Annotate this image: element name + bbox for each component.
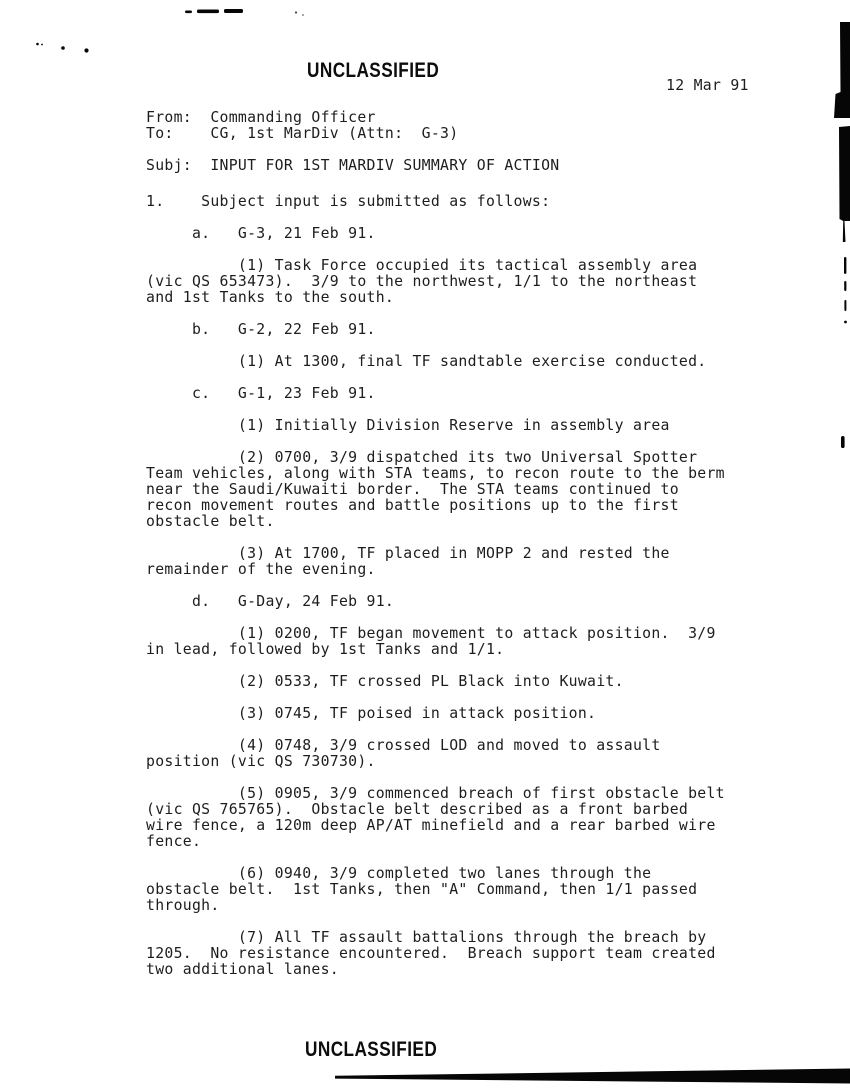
memo-line: (4) 0748, 3/9 crossed LOD and moved to a… (146, 738, 725, 754)
scan-streak-right-dot (844, 321, 847, 324)
memo-paragraph: (6) 0940, 3/9 completed two lanes throug… (146, 866, 725, 914)
memo-line: c. G-1, 23 Feb 91. (146, 386, 725, 402)
memo-line: Subj: INPUT FOR 1ST MARDIV SUMMARY OF AC… (146, 158, 725, 174)
scan-speck-4 (84, 48, 88, 52)
memo-line: (1) Task Force occupied its tactical ass… (146, 258, 725, 274)
memo-paragraph: b. G-2, 22 Feb 91. (146, 322, 725, 338)
scan-streak-right-dash-1 (844, 257, 846, 274)
classification-footer: UNCLASSIFIED (305, 1039, 437, 1060)
scan-mark-top-dot-1 (295, 11, 297, 13)
memo-paragraph: 1. Subject input is submitted as follows… (146, 194, 725, 210)
memo-line: in lead, followed by 1st Tanks and 1/1. (146, 642, 725, 658)
memo-line: obstacle belt. 1st Tanks, then "A" Comma… (146, 882, 725, 898)
memo-line: wire fence, a 120m deep AP/AT minefield … (146, 818, 725, 834)
scan-mark-top-dash-1 (185, 11, 192, 14)
scan-speck-2 (41, 44, 43, 46)
memo-line: (2) 0533, TF crossed PL Black into Kuwai… (146, 674, 725, 690)
classification-header: UNCLASSIFIED (307, 60, 439, 81)
memo-line: (vic QS 765765). Obstacle belt described… (146, 802, 725, 818)
scan-streak-right-2 (839, 126, 850, 242)
memo-paragraph: (2) 0533, TF crossed PL Black into Kuwai… (146, 674, 725, 690)
document-date: 12 Mar 91 (666, 78, 749, 94)
memo-line: and 1st Tanks to the south. (146, 290, 725, 306)
scan-speck-1 (36, 43, 39, 46)
memo-line: (2) 0700, 3/9 dispatched its two Univers… (146, 450, 725, 466)
memo-paragraph: (3) 0745, TF poised in attack position. (146, 706, 725, 722)
memo-line: recon movement routes and battle positio… (146, 498, 725, 514)
memo-line: (5) 0905, 3/9 commenced breach of first … (146, 786, 725, 802)
memo-line: d. G-Day, 24 Feb 91. (146, 594, 725, 610)
memo-line: Team vehicles, along with STA teams, to … (146, 466, 725, 482)
memo-paragraph: d. G-Day, 24 Feb 91. (146, 594, 725, 610)
memo-body: From: Commanding OfficerTo: CG, 1st MarD… (146, 110, 725, 994)
memo-paragraph: (1) Task Force occupied its tactical ass… (146, 258, 725, 306)
memo-paragraph: (1) At 1300, final TF sandtable exercise… (146, 354, 725, 370)
scan-mark-top-dash-2 (197, 10, 219, 14)
memo-paragraph: (7) All TF assault battalions through th… (146, 930, 725, 978)
memo-line: through. (146, 898, 725, 914)
memo-line: b. G-2, 22 Feb 91. (146, 322, 725, 338)
memo-line: (1) 0200, TF began movement to attack po… (146, 626, 725, 642)
scan-tick-right (841, 436, 845, 448)
memo-paragraph: a. G-3, 21 Feb 91. (146, 226, 725, 242)
memo-line: remainder of the evening. (146, 562, 725, 578)
scan-speck-3 (61, 46, 65, 50)
memo-line: 1. Subject input is submitted as follows… (146, 194, 725, 210)
scan-wedge-bottom (335, 1069, 850, 1084)
memo-paragraph: c. G-1, 23 Feb 91. (146, 386, 725, 402)
memo-paragraph: (1) 0200, TF began movement to attack po… (146, 626, 725, 658)
scan-streak-right-dash-2 (844, 281, 846, 291)
memo-line: obstacle belt. (146, 514, 725, 530)
memo-paragraph: (3) At 1700, TF placed in MOPP 2 and res… (146, 546, 725, 578)
memo-paragraph: (5) 0905, 3/9 commenced breach of first … (146, 786, 725, 850)
memo-paragraph: From: Commanding OfficerTo: CG, 1st MarD… (146, 110, 725, 142)
memo-line: fence. (146, 834, 725, 850)
memo-line: (3) 0745, TF poised in attack position. (146, 706, 725, 722)
scan-mark-top-dash-3 (224, 9, 243, 13)
memo-line: (3) At 1700, TF placed in MOPP 2 and res… (146, 546, 725, 562)
memo-paragraph: (4) 0748, 3/9 crossed LOD and moved to a… (146, 738, 725, 770)
memo-line: To: CG, 1st MarDiv (Attn: G-3) (146, 126, 725, 142)
memo-paragraph: (1) Initially Division Reserve in assemb… (146, 418, 725, 434)
memo-line: (vic QS 653473). 3/9 to the northwest, 1… (146, 274, 725, 290)
memo-line: (1) At 1300, final TF sandtable exercise… (146, 354, 725, 370)
scan-streak-right-dash-3 (844, 300, 846, 311)
memo-line: (7) All TF assault battalions through th… (146, 930, 725, 946)
scan-streak-right-1 (834, 22, 850, 118)
scan-mark-top-dot-2 (302, 14, 304, 16)
memo-paragraph: Subj: INPUT FOR 1ST MARDIV SUMMARY OF AC… (146, 158, 725, 174)
memo-line: From: Commanding Officer (146, 110, 725, 126)
memo-line: a. G-3, 21 Feb 91. (146, 226, 725, 242)
memo-line: position (vic QS 730730). (146, 754, 725, 770)
memo-line: 1205. No resistance encountered. Breach … (146, 946, 725, 962)
document-page: UNCLASSIFIED 12 Mar 91 From: Commanding … (0, 0, 850, 1092)
memo-line: (1) Initially Division Reserve in assemb… (146, 418, 725, 434)
memo-line: near the Saudi/Kuwaiti border. The STA t… (146, 482, 725, 498)
memo-line: two additional lanes. (146, 962, 725, 978)
memo-paragraph: (2) 0700, 3/9 dispatched its two Univers… (146, 450, 725, 530)
memo-line: (6) 0940, 3/9 completed two lanes throug… (146, 866, 725, 882)
